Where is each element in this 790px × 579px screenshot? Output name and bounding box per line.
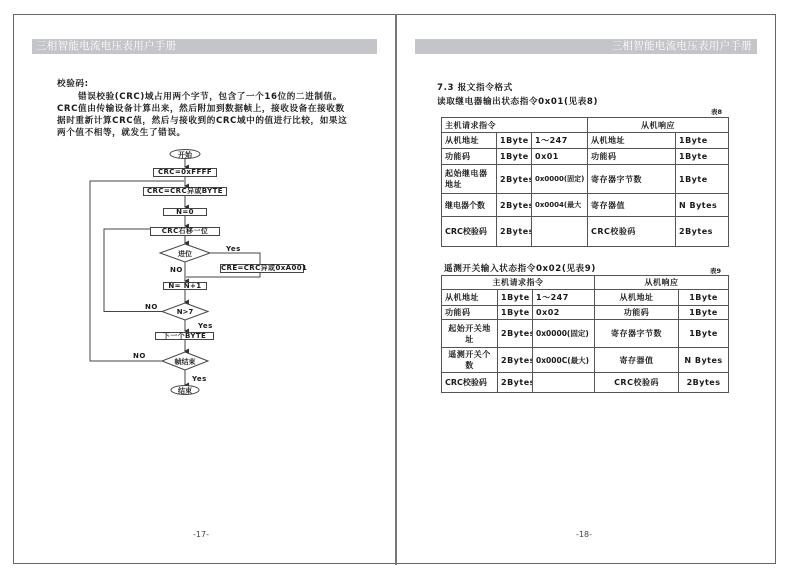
flowchart-carry-decision: 进位 xyxy=(165,249,205,259)
flowchart-next-byte: 下一个BYTE xyxy=(155,332,214,340)
right-page-header: 三相智能电流电压表用户手册 xyxy=(415,39,757,54)
flowchart-n-increment: N= N+1 xyxy=(163,282,207,290)
table-cell: 1Byte xyxy=(497,133,532,149)
table-cell: N Bytes xyxy=(676,194,729,217)
table-cell: 1Byte xyxy=(676,133,729,149)
flowchart-xor-poly: CRE=CRC异或0xA001 xyxy=(220,264,304,273)
flowchart-shift-right: CRC右移一位 xyxy=(150,227,220,236)
table-cell: 0x02 xyxy=(533,306,595,320)
table-cell: CRC校验码 xyxy=(442,373,498,393)
table-cell: 功能码 xyxy=(595,306,679,320)
flowchart-n-decision: N>7 xyxy=(167,308,203,316)
table-cell: 1Byte xyxy=(676,149,729,165)
table9-header-response: 从机响应 xyxy=(595,276,729,290)
table-cell: 寄存器值 xyxy=(595,348,679,373)
table-row: 遥测开关个数 2Bytes 0x000C(最大) 寄存器值 N Bytes xyxy=(442,348,729,373)
page-number-left: -17- xyxy=(193,530,209,539)
table-cell: 1Byte xyxy=(498,290,533,306)
table8-caption: 表8 xyxy=(711,107,722,116)
table8: 主机请求指令 从机响应 从机地址 1Byte 1～247 从机地址 1Byte … xyxy=(441,117,729,247)
table-cell: 从机地址 xyxy=(442,290,498,306)
table-cell: 从机地址 xyxy=(442,133,497,149)
table-cell: 2Bytes xyxy=(498,348,533,373)
table-cell: 寄存器值 xyxy=(588,194,676,217)
table-row: 继电器个数 2Bytes 0x0004(最大 寄存器值 N Bytes xyxy=(442,194,729,217)
flowchart-start: 开始 xyxy=(170,150,200,160)
table-cell: 2Bytes xyxy=(497,165,532,194)
table-cell: 功能码 xyxy=(588,149,676,165)
table9-header-request: 主机请求指令 xyxy=(442,276,595,290)
table-cell: 从机地址 xyxy=(588,133,676,149)
table-cell: 1～247 xyxy=(532,133,588,149)
table-cell: N Bytes xyxy=(679,348,729,373)
n-decision-no-label: NO xyxy=(145,303,158,311)
table-row: 起始开关地址 2Bytes 0x0000(固定) 寄存器字节数 1Byte xyxy=(442,320,729,348)
table-cell: 0x0000(固定) xyxy=(532,165,588,194)
carry-no-label: NO xyxy=(170,266,183,274)
table-cell xyxy=(532,217,588,247)
frame-end-yes-label: Yes xyxy=(192,375,207,383)
flowchart-frame-end-decision: 帧结束 xyxy=(167,357,203,367)
flowchart-n-zero: N=0 xyxy=(163,208,207,216)
page-number-right: -18- xyxy=(576,530,592,539)
table-row: 从机地址 1Byte 1～247 从机地址 1Byte xyxy=(442,133,729,149)
table9-header-row: 主机请求指令 从机响应 xyxy=(442,276,729,290)
flowchart-init-crc: CRC=0xFFFF xyxy=(153,168,217,177)
table8-intro: 读取继电器输出状态指令0x01(见表8) xyxy=(437,96,598,108)
carry-yes-label: Yes xyxy=(226,245,241,253)
table-row: 从机地址 1Byte 1～247 从机地址 1Byte xyxy=(442,290,729,306)
table-cell: 1Byte xyxy=(676,165,729,194)
table8-header-request: 主机请求指令 xyxy=(442,118,588,133)
table-cell: CRC校验码 xyxy=(442,217,497,247)
table-cell: 0x01 xyxy=(532,149,588,165)
table-cell: 1Byte xyxy=(679,306,729,320)
table-cell xyxy=(533,373,595,393)
table-cell: 从机地址 xyxy=(595,290,679,306)
table-cell: 1Byte xyxy=(679,290,729,306)
table-cell: 0x0000(固定) xyxy=(533,320,595,348)
n-decision-yes-label: Yes xyxy=(198,322,213,330)
section-title: 7.3 报文指令格式 xyxy=(437,82,513,94)
table-cell: 1Byte xyxy=(497,149,532,165)
table9: 主机请求指令 从机响应 从机地址 1Byte 1～247 从机地址 1Byte … xyxy=(441,275,729,393)
table8-header-row: 主机请求指令 从机响应 xyxy=(442,118,729,133)
table-cell: 1Byte xyxy=(679,320,729,348)
table-row: 起始继电器地址 2Bytes 0x0000(固定) 寄存器字节数 1Byte xyxy=(442,165,729,194)
table-cell: 2Bytes xyxy=(498,373,533,393)
table-cell: 继电器个数 xyxy=(442,194,497,217)
table-row: 功能码 1Byte 0x02 功能码 1Byte xyxy=(442,306,729,320)
table9-caption: 表9 xyxy=(710,266,721,275)
frame-end-no-label: NO xyxy=(133,352,146,360)
table-row: CRC校验码 2Bytes CRC校验码 2Bytes xyxy=(442,217,729,247)
table-cell: 起始继电器地址 xyxy=(442,165,497,194)
table9-intro: 遥测开关输入状态指令0x02(见表9) xyxy=(444,263,596,275)
table-cell: 起始开关地址 xyxy=(442,320,498,348)
table-cell: 寄存器字节数 xyxy=(588,165,676,194)
table-cell: 2Bytes xyxy=(676,217,729,247)
table-cell: 2Bytes xyxy=(497,217,532,247)
table-cell: 2Bytes xyxy=(497,194,532,217)
table-cell: 0x0004(最大 xyxy=(532,194,588,217)
table-cell: 遥测开关个数 xyxy=(442,348,498,373)
table-row: 功能码 1Byte 0x01 功能码 1Byte xyxy=(442,149,729,165)
table-row: CRC校验码 2Bytes CRC校验码 2Bytes xyxy=(442,373,729,393)
table-cell: CRC校验码 xyxy=(588,217,676,247)
table-cell: 1～247 xyxy=(533,290,595,306)
table-cell: 寄存器字节数 xyxy=(595,320,679,348)
table-cell: CRC校验码 xyxy=(595,373,679,393)
table-cell: 0x000C(最大) xyxy=(533,348,595,373)
table-cell: 功能码 xyxy=(442,306,498,320)
flowchart-xor-byte: CRC=CRC异或BYTE xyxy=(143,187,227,196)
table-cell: 功能码 xyxy=(442,149,497,165)
table-cell: 1Byte xyxy=(498,306,533,320)
table-cell: 2Bytes xyxy=(679,373,729,393)
table-cell: 2Bytes xyxy=(498,320,533,348)
table8-header-response: 从机响应 xyxy=(588,118,729,133)
flowchart-end: 结束 xyxy=(171,386,199,396)
